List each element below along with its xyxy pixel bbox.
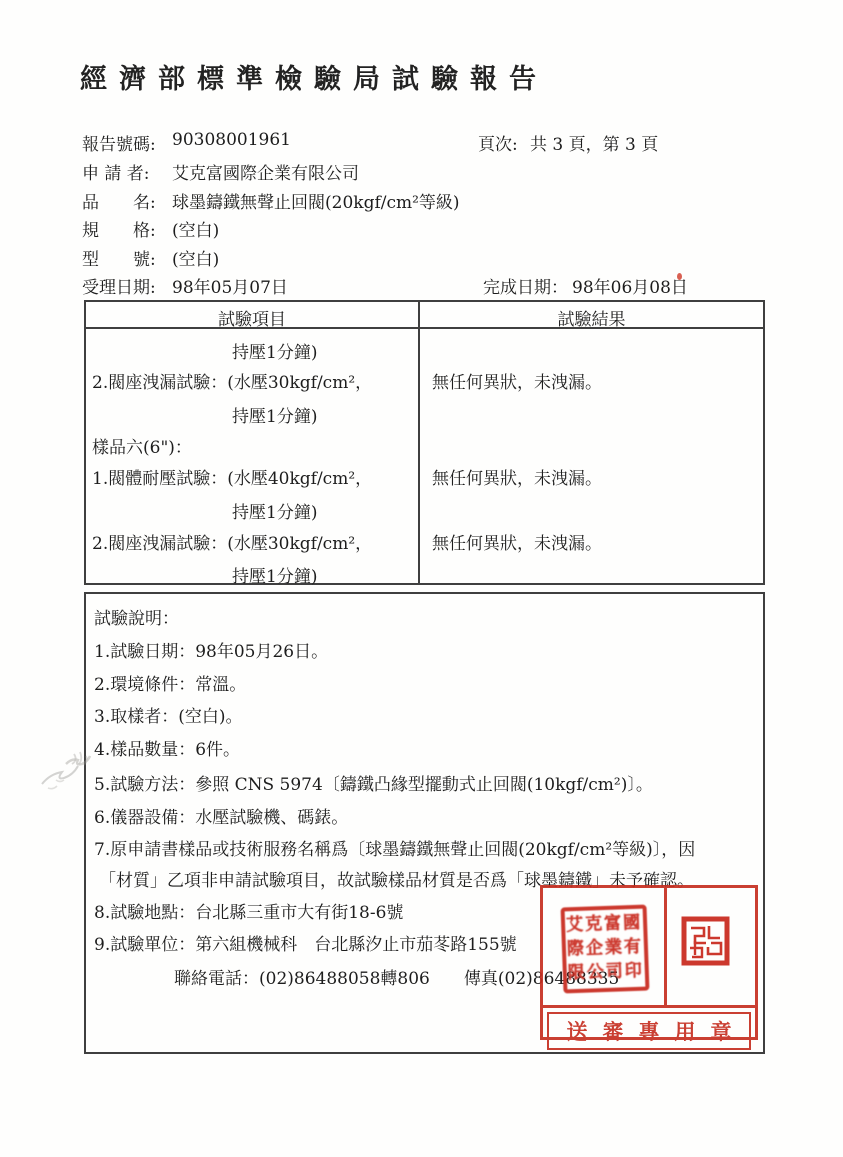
model-value: (空白) bbox=[172, 245, 219, 270]
applicant-label: 申 請 者: bbox=[82, 159, 150, 184]
spec-value: (空白) bbox=[172, 216, 219, 241]
accept-date-label: 受理日期: bbox=[82, 273, 156, 298]
test-item-line: 持壓1分鐘) bbox=[232, 402, 317, 427]
test-item-line: 2.閥座洩漏試驗：(水壓30kgf/cm²， bbox=[92, 368, 372, 393]
report-no-label: 報告號碼: bbox=[82, 130, 156, 155]
stamp-divider-horizontal bbox=[543, 1005, 755, 1008]
product-name-label: 品 名: bbox=[82, 188, 156, 213]
complete-date-value: 98年06月08日 bbox=[572, 273, 688, 298]
accept-date-value: 98年05月07日 bbox=[172, 273, 288, 298]
note-line: 1.試驗日期：98年05月26日。 bbox=[94, 637, 328, 662]
note-line: 7.原申請書樣品或技術服務名稱爲〔球墨鑄鐵無聲止回閥(20kgf/cm²等級)〕… bbox=[94, 835, 695, 860]
company-seal-icon: 艾克富國際企業有限公司印 bbox=[561, 905, 650, 994]
test-item-line: 持壓1分鐘) bbox=[232, 498, 317, 523]
test-result-line: 無任何異狀，未洩漏。 bbox=[432, 464, 602, 489]
table-column-divider bbox=[418, 302, 420, 583]
test-result-line: 無任何異狀，未洩漏。 bbox=[432, 368, 602, 393]
page-number-value: 共 3 頁，第 3 頁 bbox=[530, 130, 658, 155]
note-line: 8.試驗地點：台北縣三重市大有街18-6號 bbox=[94, 898, 403, 923]
submission-stamp: 艾克富國際企業有限公司印 送審專用章 bbox=[540, 885, 758, 1040]
pencil-scribble bbox=[28, 736, 108, 806]
test-item-line: 樣品六(6")： bbox=[92, 433, 192, 458]
test-item-line: 2.閥座洩漏試驗：(水壓30kgf/cm²， bbox=[92, 529, 372, 554]
page-number-label: 頁次: bbox=[478, 130, 518, 155]
note-line: 3.取樣者：(空白)。 bbox=[94, 702, 242, 727]
model-label: 型 號: bbox=[82, 245, 156, 270]
column-header-test-result: 試驗結果 bbox=[420, 305, 763, 330]
note-line: 5.試驗方法：參照 CNS 5974〔鑄鐵凸緣型擺動式止回閥(10kgf/cm²… bbox=[94, 770, 653, 795]
red-ink-speck bbox=[677, 273, 682, 280]
note-line: 2.環境條件：常溫。 bbox=[94, 670, 246, 695]
test-result-table: 試驗項目 試驗結果 持壓1分鐘) 2.閥座洩漏試驗：(水壓30kgf/cm²， … bbox=[84, 300, 765, 585]
test-item-line: 持壓1分鐘) bbox=[232, 338, 317, 363]
note-line: 6.儀器設備：水壓試驗機、碼錶。 bbox=[94, 803, 348, 828]
notes-heading: 試驗說明： bbox=[94, 604, 179, 629]
note-line: 4.樣品數量：6件。 bbox=[94, 735, 240, 760]
product-name-value: 球墨鑄鐵無聲止回閥(20kgf/cm²等級) bbox=[172, 188, 460, 213]
stamp-caption: 送審專用章 bbox=[547, 1012, 751, 1050]
test-item-line: 1.閥體耐壓試驗：(水壓40kgf/cm²， bbox=[92, 464, 372, 489]
column-header-test-item: 試驗項目 bbox=[86, 305, 418, 330]
complete-date-label: 完成日期： bbox=[483, 273, 568, 298]
note-line: 9.試驗單位：第六組機械科 台北縣汐止市茄苳路155號 bbox=[94, 930, 517, 955]
spec-label: 規 格: bbox=[82, 216, 156, 241]
personal-name-seal-icon bbox=[681, 916, 730, 966]
applicant-value: 艾克富國際企業有限公司 bbox=[172, 159, 359, 184]
scanned-test-report-page: 經濟部標準檢驗局試驗報告 報告號碼: 90308001961 頁次: 共 3 頁… bbox=[0, 0, 843, 1157]
test-result-line: 無任何異狀，未洩漏。 bbox=[432, 529, 602, 554]
report-no-value: 90308001961 bbox=[172, 130, 291, 150]
page-title: 經濟部標準檢驗局試驗報告 bbox=[80, 57, 548, 96]
test-item-line: 持壓1分鐘) bbox=[232, 562, 317, 587]
stamp-divider-vertical bbox=[664, 888, 667, 1005]
